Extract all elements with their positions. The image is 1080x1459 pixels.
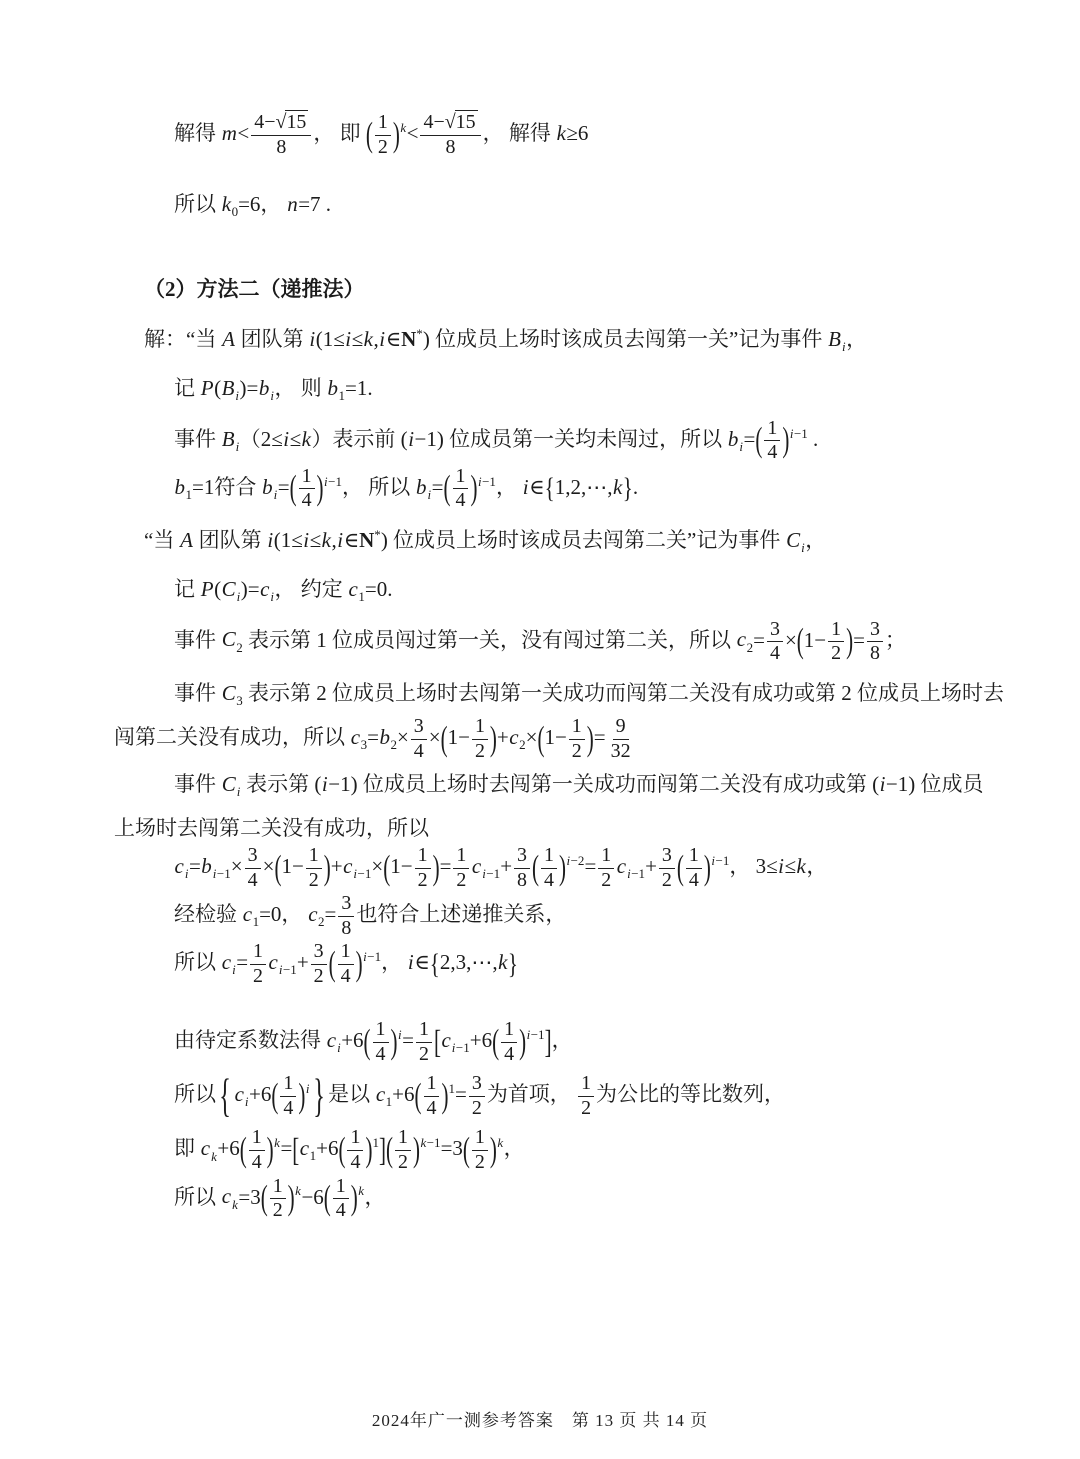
document-body: 解得 m<4−√158， 即 (12)k<4−√158， 解得 k≥6所以 k0… bbox=[114, 112, 968, 1222]
math-line: b1=1符合 bi=(14)i−1， 所以 bi=(14)i−1， i∈{1,2… bbox=[114, 466, 968, 512]
math-line: 事件 Bi（2≤i≤k）表示前 (i−1) 位成员第一关均未闯过，所以 bi=(… bbox=[114, 418, 968, 464]
math-line: 所以 ci=12ci−1+32(14)i−1， i∈{2,3,⋯,k} bbox=[114, 941, 968, 987]
math-line: 即 ck+6(14)k=[c1+6(14)1](12)k−1=3(12)k， bbox=[114, 1127, 968, 1173]
math-line: 事件 C2 表示第 1 位成员闯过第一关，没有闯过第二关，所以 c2=34×(1… bbox=[114, 619, 968, 665]
math-line: 闯第二关没有成功，所以 c3=b2×34×(1−12)+c2×(1−12)=93… bbox=[114, 716, 968, 762]
math-line: 所以 ck=3(12)k−6(14)k， bbox=[114, 1176, 968, 1222]
math-line: 解得 m<4−√158， 即 (12)k<4−√158， 解得 k≥6 bbox=[114, 112, 968, 158]
math-line: 由待定系数法得 ci+6(14)i=12[ci−1+6(14)i−1]， bbox=[114, 1019, 968, 1065]
math-line: 事件 C3 表示第 2 位成员上场时去闯第一关成功而闯第二关没有成功或第 2 位… bbox=[114, 679, 968, 708]
math-line: ci=bi−1×34×(1−12)+ci−1×(1−12)=12ci−1+38(… bbox=[114, 845, 968, 891]
document-page: 解得 m<4−√158， 即 (12)k<4−√158， 解得 k≥6所以 k0… bbox=[0, 0, 1080, 1459]
math-line: 记 P(Bi)=bi， 则 b1=1. bbox=[114, 374, 968, 403]
math-line: 记 P(Ci)=ci， 约定 c1=0. bbox=[114, 575, 968, 604]
math-line: 解：“当 A 团队第 i(1≤i≤k,i∈N*) 位成员上场时该成员去闯第一关”… bbox=[114, 325, 968, 354]
math-line: “当 A 团队第 i(1≤i≤k,i∈N*) 位成员上场时该成员去闯第二关”记为… bbox=[114, 526, 968, 555]
math-line: 事件 Ci 表示第 (i−1) 位成员上场时去闯第一关成功而闯第二关没有成功或第… bbox=[114, 770, 968, 799]
math-line: （2）方法二（递推法） bbox=[114, 275, 968, 304]
math-line: 所以 k0=6， n=7 . bbox=[114, 190, 968, 219]
math-line: 所以{ci+6(14)i}是以 c1+6(14)1=32为首项， 12为公比的等… bbox=[114, 1073, 968, 1119]
page-footer: 2024年广一测参考答案 第 13 页 共 14 页 bbox=[0, 1406, 1080, 1431]
math-line: 上场时去闯第二关没有成功，所以 bbox=[114, 814, 968, 843]
math-line: 经检验 c1=0， c2=38也符合上述递推关系， bbox=[114, 893, 968, 939]
